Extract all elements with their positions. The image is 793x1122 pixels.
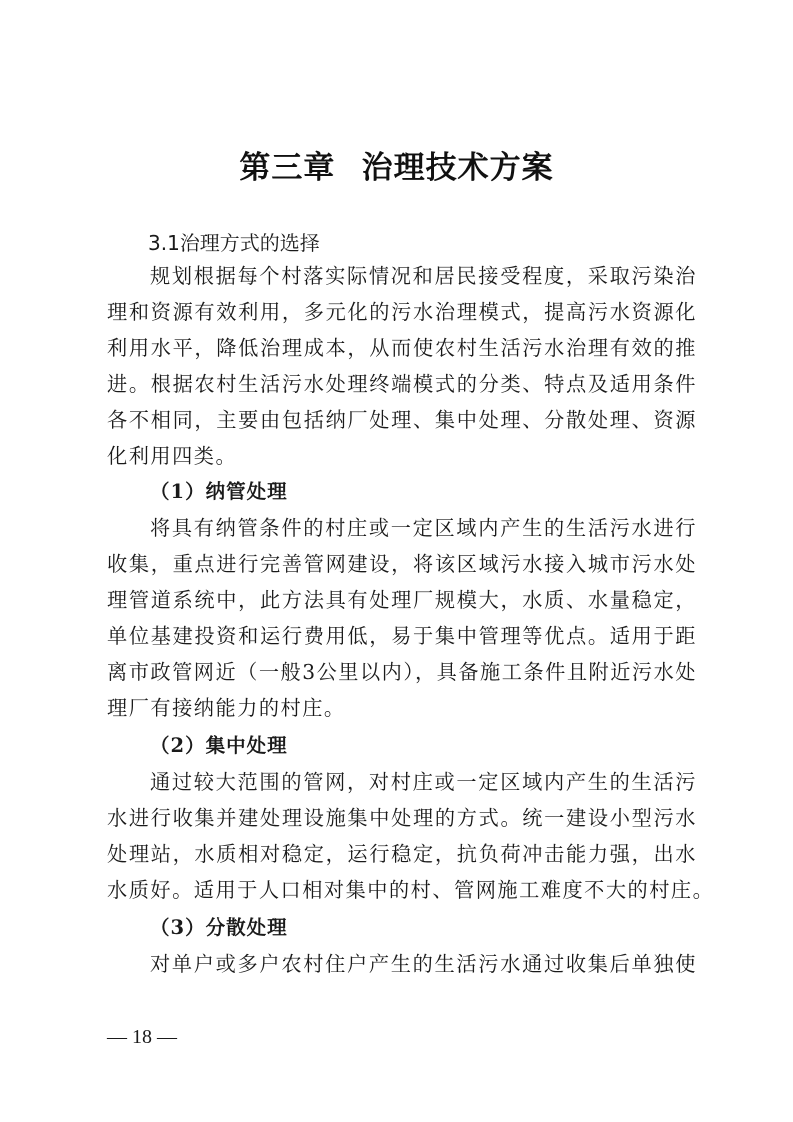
paragraph-line: 理管道系统中，此方法具有处理厂规模大，水质、水量稳定， — [107, 587, 697, 613]
paragraph-line: 理和资源有效利用，多元化的污水治理模式，提高污水资源化 — [107, 299, 697, 325]
paragraph-line: 各不相同，主要由包括纳厂处理、集中处理、分散处理、资源 — [107, 407, 697, 433]
paragraph-line: 水质好。适用于人口相对集中的村、管网施工难度不大的村庄。 — [107, 877, 697, 903]
subsection-heading-3: （3）分散处理 — [150, 915, 288, 941]
paragraph-line: 单位基建投资和运行费用低，易于集中管理等优点。适用于距 — [107, 623, 697, 649]
paragraph-line: 水进行收集并建处理设施集中处理的方式。统一建设小型污水 — [107, 805, 697, 831]
paragraph-line: 对单户或多户农村住户产生的生活污水通过收集后单独使 — [150, 951, 697, 977]
paragraph-line: 收集，重点进行完善管网建设，将该区域污水接入城市污水处 — [107, 551, 697, 577]
paragraph-line: 利用水平，降低治理成本，从而使农村生活污水治理有效的推 — [107, 335, 697, 361]
paragraph-line: 将具有纳管条件的村庄或一定区域内产生的生活污水进行 — [150, 515, 697, 541]
paragraph-line: 进。根据农村生活污水处理终端模式的分类、特点及适用条件 — [107, 371, 697, 397]
paragraph-line: 处理站，水质相对稳定，运行稳定，抗负荷冲击能力强，出水 — [107, 841, 697, 867]
paragraph-line: 通过较大范围的管网，对村庄或一定区域内产生的生活污 — [150, 769, 697, 795]
document-page: 第三章 治理技术方案 3.1治理方式的选择 规划根据每个村落实际情况和居民接受程… — [0, 0, 793, 1122]
paragraph-line: 离市政管网近（一般3公里以内），具备施工条件且附近污水处 — [107, 659, 697, 685]
chapter-title: 第三章 治理技术方案 — [0, 142, 793, 187]
page-number: — 18 — — [107, 1026, 177, 1049]
paragraph-line: 规划根据每个村落实际情况和居民接受程度，采取污染治 — [150, 263, 697, 289]
paragraph-line: 化利用四类。 — [107, 443, 697, 469]
subsection-heading-2: （2）集中处理 — [150, 733, 288, 759]
section-heading: 3.1治理方式的选择 — [148, 227, 320, 256]
subsection-heading-1: （1）纳管处理 — [150, 479, 288, 505]
paragraph-line: 理厂有接纳能力的村庄。 — [107, 695, 697, 721]
